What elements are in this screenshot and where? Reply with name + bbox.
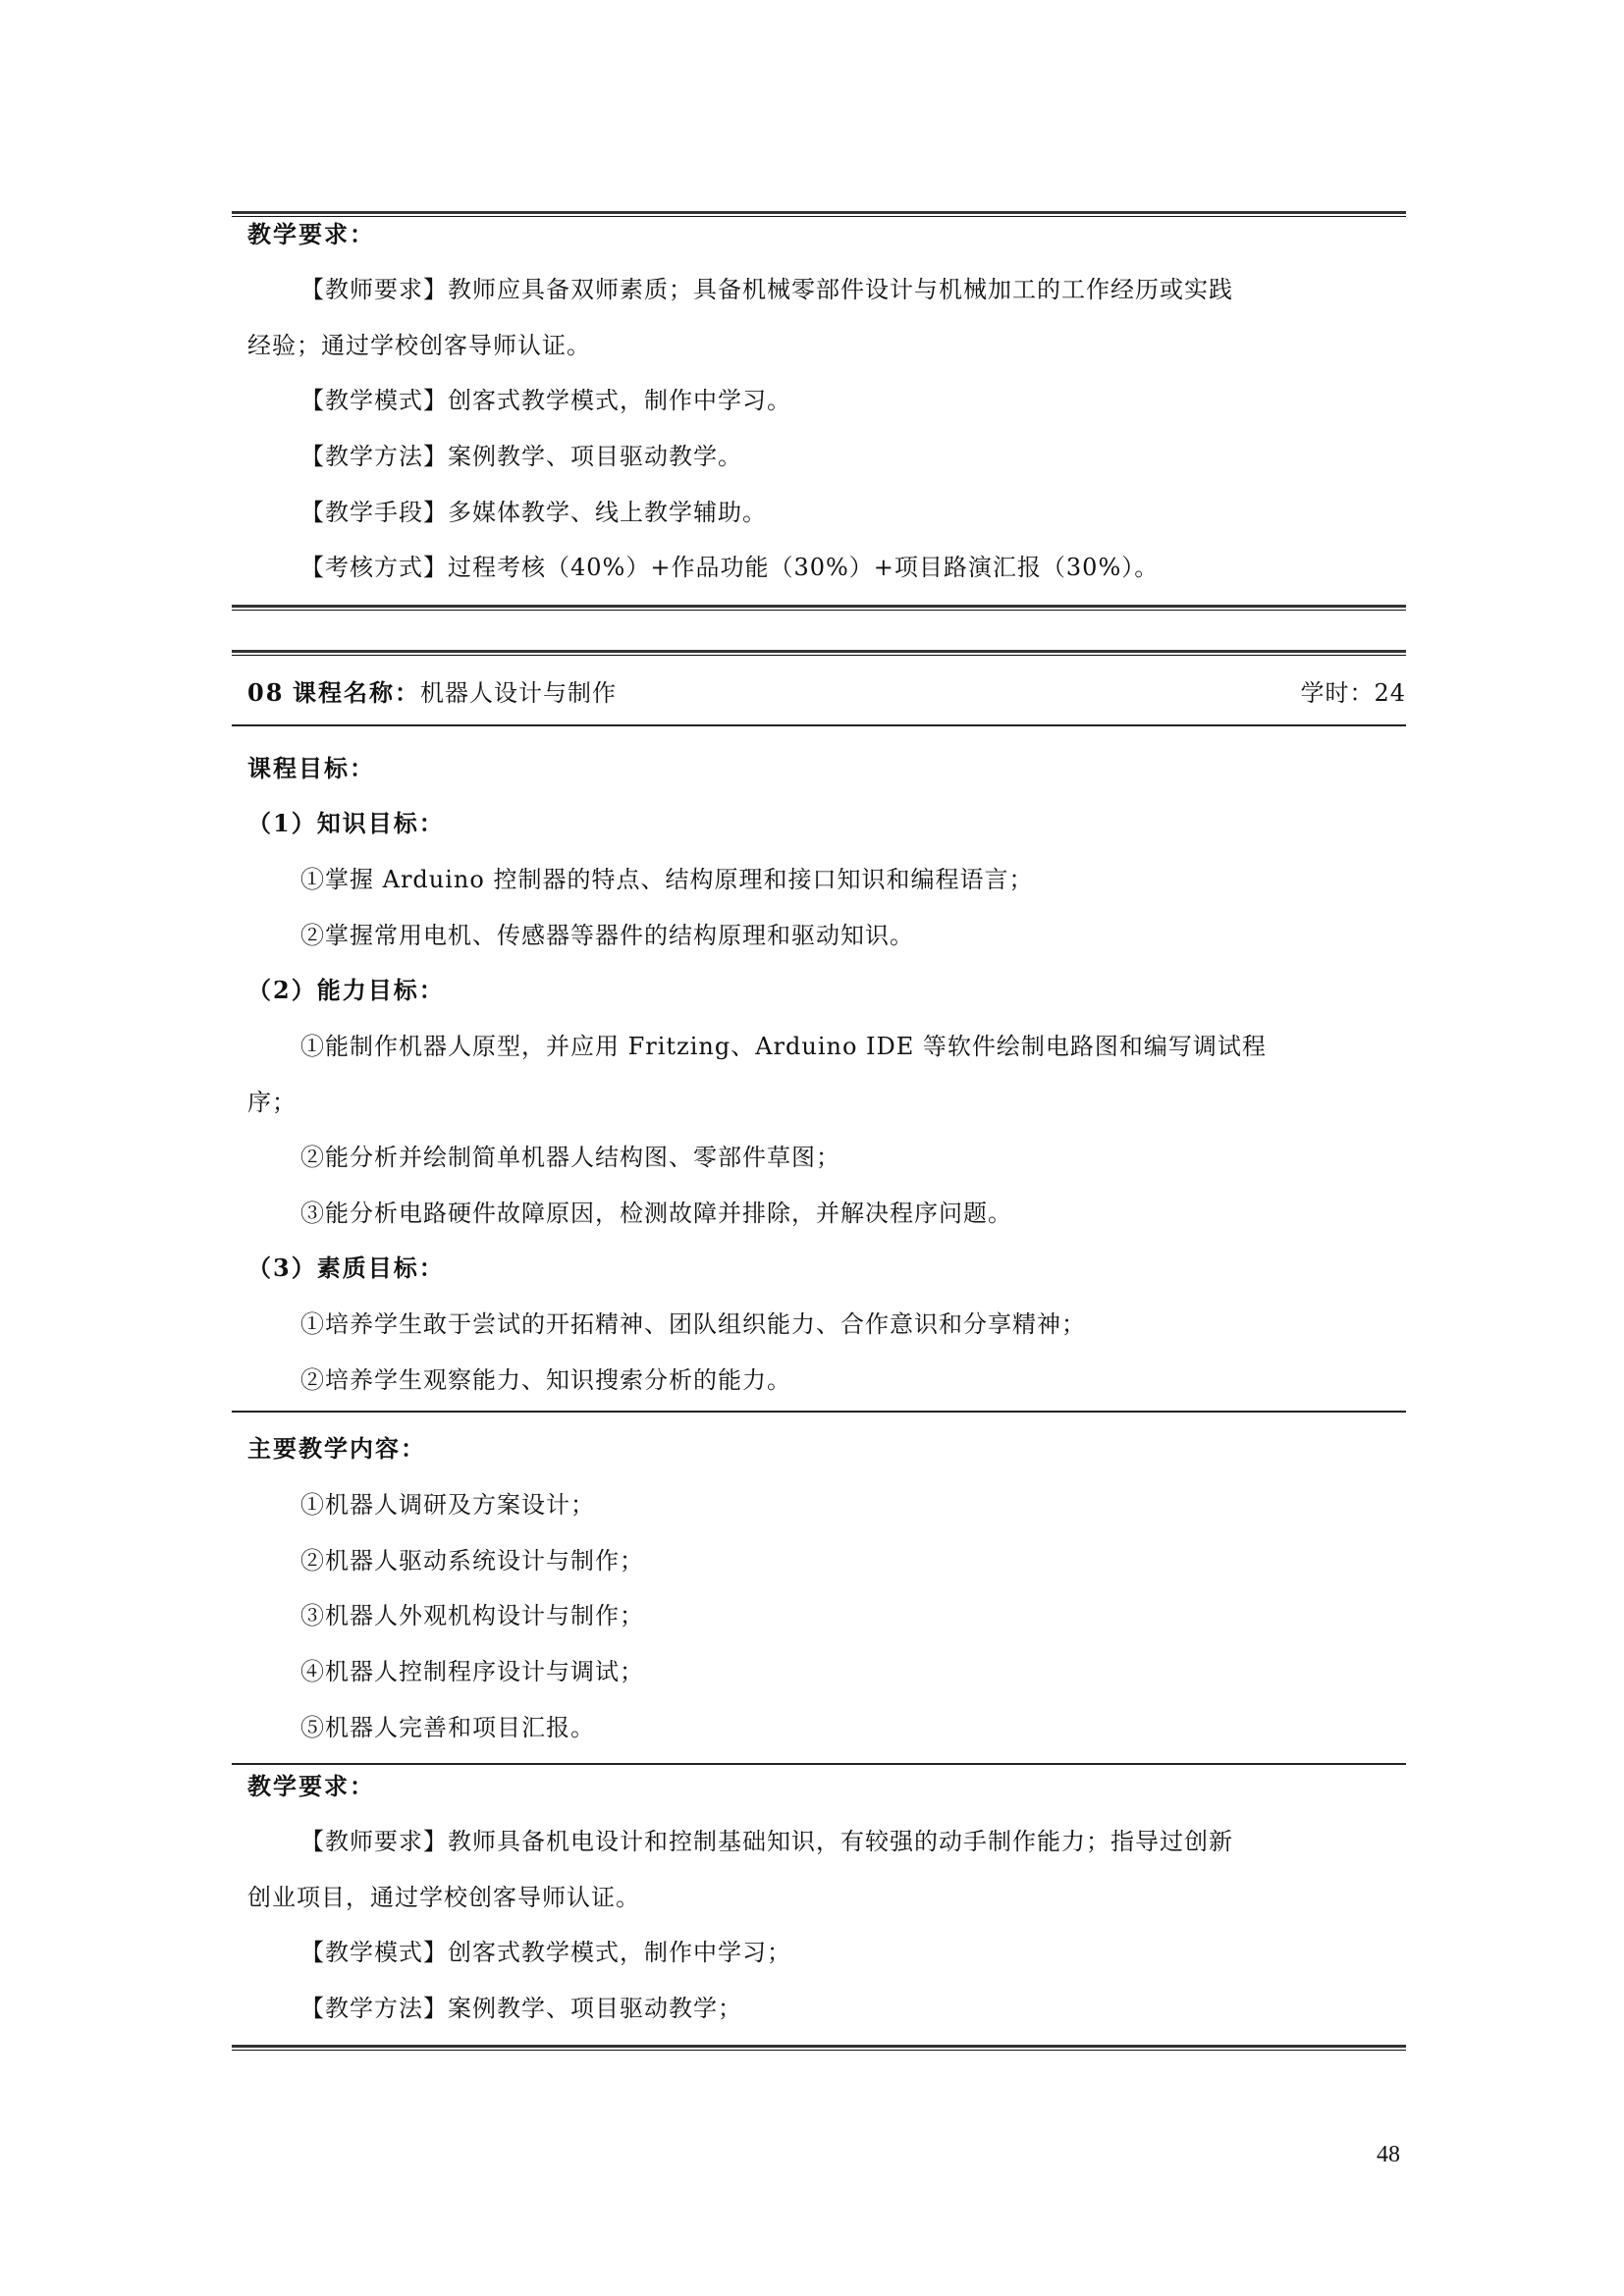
prev-bottom-double-rule	[232, 605, 1406, 611]
ability-heading: （2）能力目标：	[247, 976, 445, 1005]
knowledge-heading: （1）知识目标：	[247, 809, 445, 838]
objectives-bottom-rule	[232, 1411, 1406, 1413]
content-item: ①机器人调研及方案设计；	[300, 1490, 595, 1520]
quality-item: ①培养学生敢于尝试的开拓精神、团队组织能力、合作意识和分享精神；	[300, 1309, 1086, 1339]
content-item: ③机器人外观机构设计与制作；	[300, 1601, 644, 1630]
ability-item: ③能分析电路硬件故障原因，检测故障并排除，并解决程序问题。	[300, 1199, 1012, 1228]
content-bottom-rule	[232, 1763, 1406, 1765]
teacher-req-line2: 创业项目，通过学校创客导师认证。	[247, 1883, 640, 1912]
ability-item: ②能分析并绘制简单机器人结构图、零部件草图；	[300, 1143, 840, 1172]
ability-item-line1: ①能制作机器人原型，并应用 Fritzing、Arduino IDE 等软件绘制…	[300, 1032, 1267, 1061]
teaching-method: 【教学方法】案例教学、项目驱动教学；	[300, 1994, 742, 2023]
course-hours: 学时：24	[1300, 678, 1406, 708]
course-top-double-rule	[232, 650, 1406, 656]
top-double-rule	[232, 211, 1406, 217]
knowledge-item: ①掌握 Arduino 控制器的特点、结构原理和接口知识和编程语言；	[300, 865, 1033, 894]
objectives-heading: 课程目标：	[247, 754, 375, 783]
bottom-double-rule	[232, 2045, 1406, 2051]
prev-teacher-req-line2: 经验；通过学校创客导师认证。	[247, 331, 591, 360]
course-name-label: 课程名称：	[293, 678, 420, 707]
course-hours-value: 24	[1374, 679, 1406, 707]
content-item: ⑤机器人完善和项目汇报。	[300, 1713, 595, 1742]
prev-teaching-method: 【教学方法】案例教学、项目驱动教学。	[300, 442, 742, 471]
quality-heading: （3）素质目标：	[247, 1254, 445, 1283]
prev-assessment: 【考核方式】过程考核（40%）+作品功能（30%）+项目路演汇报（30%）。	[300, 553, 1159, 582]
prev-teacher-req-line1: 【教师要求】教师应具备双师素质；具备机械零部件设计与机械加工的工作经历或实践	[300, 275, 1233, 304]
prev-teaching-req-heading: 教学要求：	[247, 220, 375, 249]
teaching-mode: 【教学模式】创客式教学模式，制作中学习；	[300, 1938, 791, 1967]
content-item: ②机器人驱动系统设计与制作；	[300, 1546, 644, 1575]
content-heading: 主要教学内容：	[247, 1434, 426, 1464]
content-item: ④机器人控制程序设计与调试；	[300, 1657, 644, 1686]
teacher-req-line1: 【教师要求】教师具备机电设计和控制基础知识，有较强的动手制作能力；指导过创新	[300, 1827, 1233, 1856]
course-header-rule	[232, 724, 1406, 726]
prev-teaching-means: 【教学手段】多媒体教学、线上教学辅助。	[300, 498, 767, 527]
page-number: 48	[1377, 2142, 1400, 2168]
knowledge-item: ②掌握常用电机、传感器等器件的结构原理和驱动知识。	[300, 921, 914, 950]
ability-item-line2: 序；	[247, 1088, 297, 1117]
course-number: 08	[247, 678, 284, 707]
teaching-req-heading: 教学要求：	[247, 1772, 375, 1801]
course-name: 机器人设计与制作	[420, 679, 617, 707]
quality-item: ②培养学生观察能力、知识搜索分析的能力。	[300, 1365, 791, 1395]
course-title-line: 08 课程名称：机器人设计与制作	[247, 678, 617, 708]
prev-teaching-mode: 【教学模式】创客式教学模式，制作中学习。	[300, 386, 791, 415]
course-hours-label: 学时：	[1300, 679, 1374, 707]
